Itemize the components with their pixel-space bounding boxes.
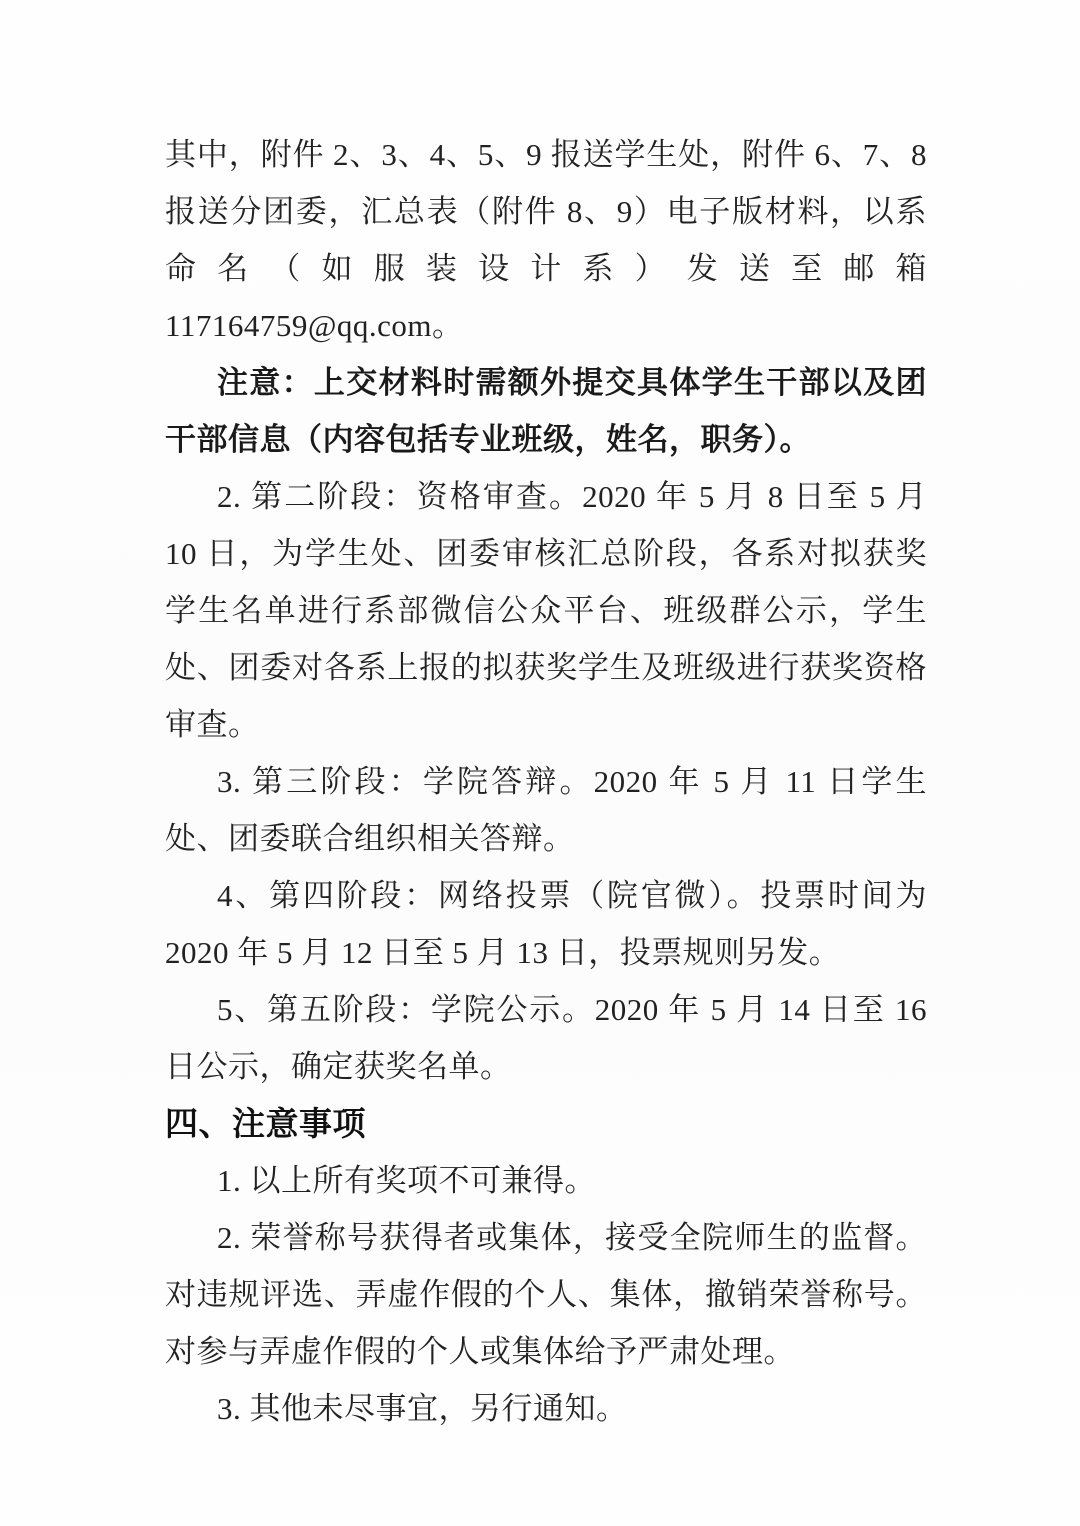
paragraph-note-3-further-notice: 3. 其他未尽事宜，另行通知。 <box>165 1380 927 1437</box>
document-page: 其中，附件 2、3、4、5、9 报送学生处，附件 6、7、8 报送分团委，汇总表… <box>0 0 1080 1526</box>
paragraph-stage-4-online-voting: 4、第四阶段：网络投票（院官微）。投票时间为 2020 年 5 月 12 日至 … <box>165 867 927 981</box>
section-heading-notes: 四、注意事项 <box>165 1095 927 1152</box>
paragraph-stage-3-college-defense: 3. 第三阶段：学院答辩。2020 年 5 月 11 日学生处、团委联合组织相关… <box>165 753 927 867</box>
paragraph-stage-2-qualification-review: 2. 第二阶段：资格审查。2020 年 5 月 8 日至 5 月 10 日，为学… <box>165 468 927 753</box>
paragraph-stage-5-public-notice: 5、第五阶段：学院公示。2020 年 5 月 14 日至 16 日公示，确定获奖… <box>165 981 927 1095</box>
paragraph-attachments-submission: 其中，附件 2、3、4、5、9 报送学生处，附件 6、7、8 报送分团委，汇总表… <box>165 126 927 354</box>
document-body: 其中，附件 2、3、4、5、9 报送学生处，附件 6、7、8 报送分团委，汇总表… <box>165 126 927 1437</box>
paragraph-note-2-supervision: 2. 荣誉称号获得者或集体，接受全院师生的监督。对违规评选、弄虚作假的个人、集体… <box>165 1209 927 1380</box>
paragraph-note-extra-materials: 注意：上交材料时需额外提交具体学生干部以及团干部信息（内容包括专业班级，姓名，职… <box>165 354 927 468</box>
paragraph-note-1-awards-exclusive: 1. 以上所有奖项不可兼得。 <box>165 1152 927 1209</box>
